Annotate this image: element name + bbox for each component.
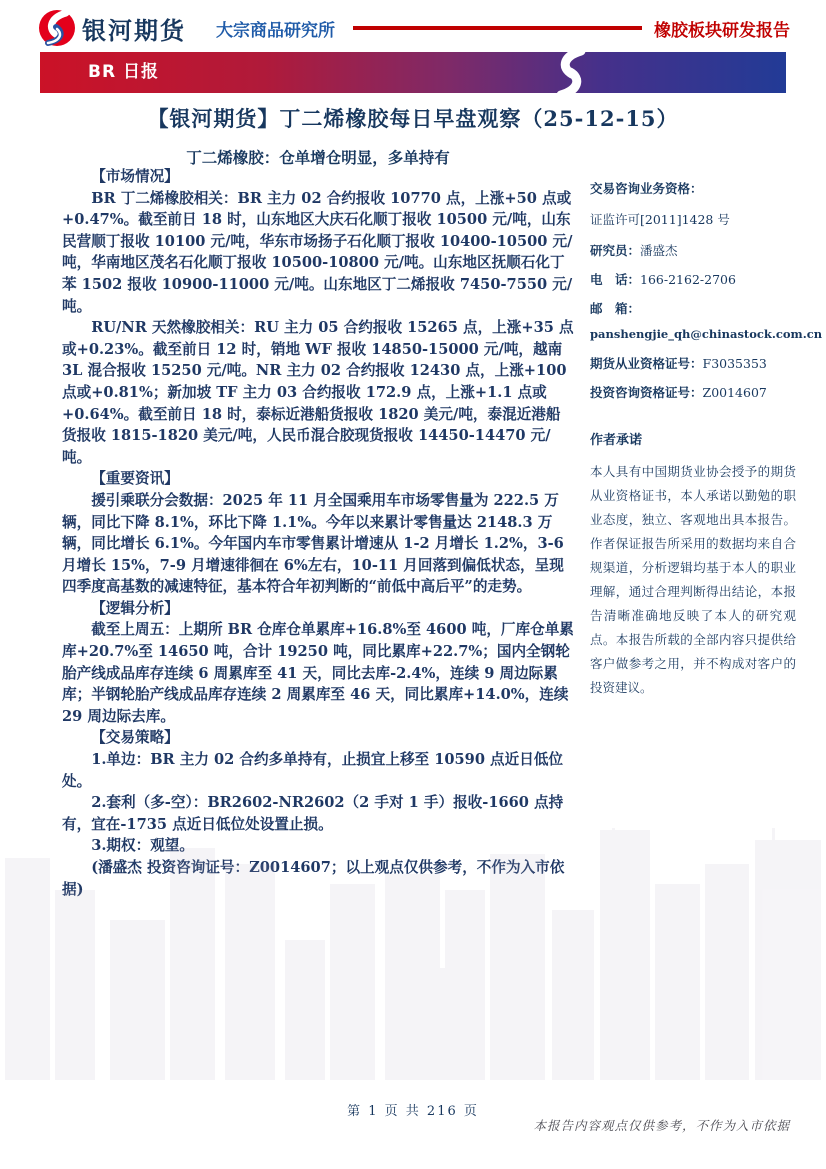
header: 银河期货 大宗商品研究所 橡胶板块研发报告 <box>38 8 790 48</box>
strategy-item-unilateral: 1.单边：BR 主力 02 合约多单持有，止损宜上移至 10590 点近日低位处… <box>62 749 574 792</box>
paragraph-market-br: BR 丁二烯橡胶相关：BR 主力 02 合约报收 10770 点，上涨+50 点… <box>62 188 574 318</box>
researcher-name: 潘盛杰 <box>640 243 678 258</box>
futures-cert-value: F3035353 <box>703 356 767 371</box>
email-value: panshengjie_qh@chinastock.com.cn <box>590 327 796 341</box>
author-promise-title: 作者承诺 <box>590 429 796 448</box>
paragraph-logic: 截至上周五：上期所 BR 仓库仓单累库+16.8%至 4600 吨，厂库仓单累库… <box>62 619 574 727</box>
report-series-tag: 橡胶板块研发报告 <box>654 16 790 41</box>
section-heading-logic: 【逻辑分析】 <box>62 598 574 620</box>
author-promise-text: 本人具有中国期货业协会授予的期货从业资格证书，本人承诺以勤勉的职业态度，独立、客… <box>590 460 796 700</box>
report-subtitle: 丁二烯橡胶：仓单增仓明显，多单持有 <box>62 146 574 168</box>
report-page: 银河期货 大宗商品研究所 橡胶板块研发报告 BR 日报 【银河期货】丁二烯橡胶每… <box>0 0 826 1169</box>
researcher-label: 研究员： <box>590 243 640 258</box>
brand-name: 银河期货 <box>82 11 186 46</box>
section-heading-news: 【重要资讯】 <box>62 468 574 490</box>
strategy-item-arbitrage: 2.套利（多-空）：BR2602-NR2602（2 手对 1 手）报收-1660… <box>62 792 574 835</box>
futures-cert-label: 期货从业资格证号： <box>590 356 703 371</box>
institute-name: 大宗商品研究所 <box>216 16 335 41</box>
sidebar: 交易咨询业务资格： 证监许可[2011]1428 号 研究员：潘盛杰 电 话：1… <box>590 178 796 700</box>
footer-disclaimer: 本报告内容观点仅供参考，不作为入市依据 <box>533 1116 790 1134</box>
qualification-label: 交易咨询业务资格： <box>590 181 703 196</box>
galaxy-swirl-icon <box>553 49 589 101</box>
phone-value: 166-2162-2706 <box>640 272 736 287</box>
qualification-value: 证监许可[2011]1428 号 <box>590 212 730 227</box>
advisory-cert-value: Z0014607 <box>703 385 767 400</box>
report-body: 【市场情况】 BR 丁二烯橡胶相关：BR 主力 02 合约报收 10770 点，… <box>62 166 574 900</box>
phone-label: 电 话： <box>590 272 640 287</box>
strategy-author-note: (潘盛杰 投资咨询证号：Z0014607；以上观点仅供参考，不作为入市依据) <box>62 857 574 900</box>
header-divider <box>353 26 642 30</box>
paragraph-market-ru-nr: RU/NR 天然橡胶相关：RU 主力 05 合约报收 15265 点，上涨+35… <box>62 317 574 468</box>
galaxy-futures-logo-icon <box>38 9 76 47</box>
section-heading-strategy: 【交易策略】 <box>62 727 574 749</box>
report-banner: BR 日报 <box>40 52 786 93</box>
strategy-item-options: 3.期权：观望。 <box>62 835 574 857</box>
report-title: 【银河期货】丁二烯橡胶每日早盘观察（25-12-15） <box>0 103 826 133</box>
paragraph-news: 援引乘联分会数据：2025 年 11 月全国乘用车市场零售量为 222.5 万辆… <box>62 490 574 598</box>
advisory-cert-label: 投资咨询资格证号： <box>590 385 703 400</box>
banner-label: BR 日报 <box>88 52 159 93</box>
section-heading-market: 【市场情况】 <box>62 166 574 188</box>
email-label: 邮 箱： <box>590 301 640 316</box>
